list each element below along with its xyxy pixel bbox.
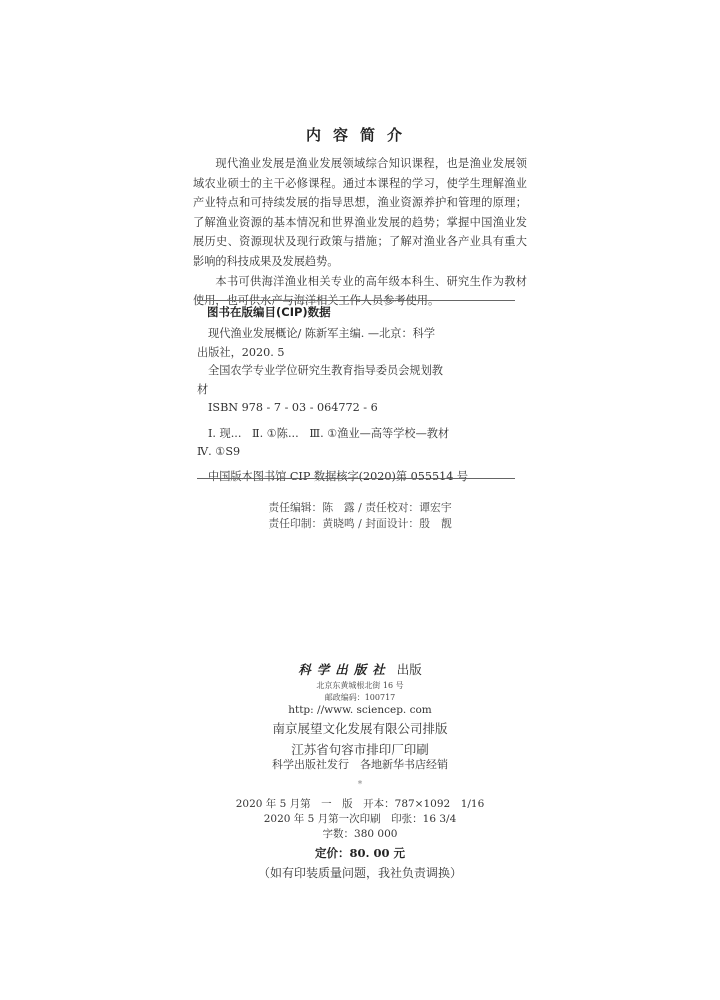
publisher-name: 科学出版社 xyxy=(298,662,391,677)
cip-top-divider xyxy=(197,300,515,301)
edition-line: 2020 年 5 月第 一 版 开本：787×1092 1/16 xyxy=(0,797,720,812)
cip-series-line-cont: 材 xyxy=(197,381,517,400)
quality-notice: （如有印装质量问题，我社负责调换） xyxy=(0,864,720,881)
cip-title-line-cont: 出版社，2020. 5 xyxy=(197,344,517,363)
separator-star: * xyxy=(0,780,720,790)
cip-bottom-divider xyxy=(197,478,515,479)
publisher-postcode: 邮政编码：100717 xyxy=(0,692,720,704)
publisher-address: 北京东黄城根北街 16 号 xyxy=(0,680,720,692)
summary-title: 内容简介 xyxy=(0,124,720,145)
cip-classification: Ⅰ. 现... Ⅱ. ①陈... Ⅲ. ①渔业—高等学校—教材 xyxy=(197,425,517,444)
cip-classification-cont: Ⅳ. ①S9 xyxy=(197,443,517,462)
publisher-line: 科学出版社出版 xyxy=(0,660,720,678)
summary-paragraph: 现代渔业发展是渔业发展领域综合知识课程，也是渔业发展领域农业硕士的主干必修课程。… xyxy=(193,154,527,272)
editors-line-1: 责任编辑：陈 露 / 责任校对：谭宏宇 xyxy=(0,500,720,516)
distribution: 科学出版社发行 各地新华书店经销 xyxy=(0,757,720,773)
cip-data-number: 中国版本图书馆 CIP 数据核字(2020)第 055514 号 xyxy=(197,468,517,487)
publisher-url: http: //www. sciencep. com xyxy=(0,704,720,716)
cip-heading: 图书在版编目(CIP)数据 xyxy=(197,304,527,320)
cip-isbn: ISBN 978 - 7 - 03 - 064772 - 6 xyxy=(197,399,517,418)
editors-block: 责任编辑：陈 露 / 责任校对：谭宏宇 责任印制：黄晓鸣 / 封面设计：殷 靓 xyxy=(0,500,720,532)
publisher-action: 出版 xyxy=(397,662,422,677)
word-count: 字数：380 000 xyxy=(0,827,720,842)
summary-body: 现代渔业发展是渔业发展领域综合知识课程，也是渔业发展领域农业硕士的主干必修课程。… xyxy=(193,154,527,311)
cip-series-line: 全国农学专业学位研究生教育指导委员会规划教 xyxy=(197,362,517,381)
cip-record: 现代渔业发展概论/ 陈新军主编. —北京：科学 出版社，2020. 5 全国农学… xyxy=(197,325,517,486)
typesetter: 南京展望文化发展有限公司排版 xyxy=(0,719,720,738)
cip-title-line: 现代渔业发展概论/ 陈新军主编. —北京：科学 xyxy=(197,325,517,344)
printing-line: 2020 年 5 月第一次印刷 印张：16 3/4 xyxy=(0,812,720,827)
price: 定价：80. 00 元 xyxy=(0,845,720,861)
editors-line-2: 责任印制：黄晓鸣 / 封面设计：殷 靓 xyxy=(0,516,720,532)
